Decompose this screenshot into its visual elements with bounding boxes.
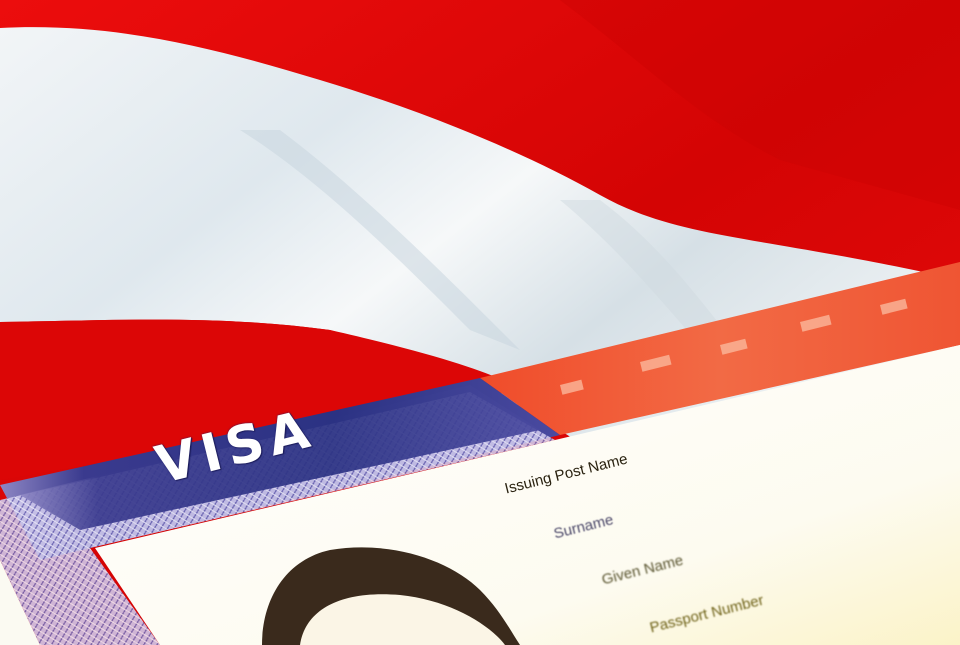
background-illustration [0, 0, 960, 645]
visa-on-flag-photo: VISA Issuing Post Name Surname Given Nam… [0, 0, 960, 645]
